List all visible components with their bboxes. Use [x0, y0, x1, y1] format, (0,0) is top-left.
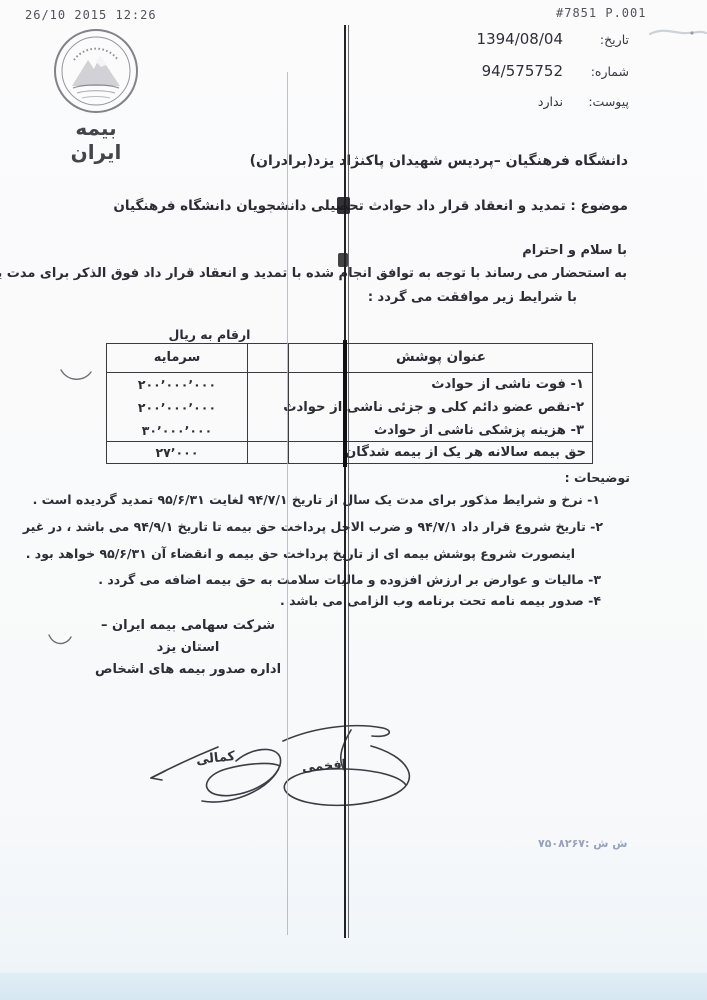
premium-row-label: حق بیمه سالانه هر یک از بیمه شدگان [288, 442, 594, 465]
table-unit-note: ارقام به ریال [152, 327, 267, 342]
coverage-cell-2: ۲-نقص عضو دائم کلی و جزئی ناشی از حوادث [288, 396, 584, 419]
note-item-2-line-1: ۲- تاریخ شروع قرار داد ۹۴/۷/۱ و ضرب الاج… [23, 519, 603, 534]
recipient-line: دانشگاه فرهنگیان –پردیس شهیدان پاکنژاد ی… [250, 153, 628, 169]
org-signature-block: شرکت سهامی بیمه ایران –استان یزد اداره ص… [90, 615, 286, 681]
subject-line: موضوع : تمدید و انعقاد قرار داد حوادث تح… [113, 198, 628, 214]
date-value: 1394/08/04 [477, 30, 563, 48]
logo-seal-icon [48, 26, 144, 118]
meta-attachment-row: پیوست: ندارد [477, 94, 629, 109]
premium-row-value: ۲۷٬۰۰۰ [107, 442, 247, 465]
coverage-column-header: عنوان پوشش [288, 344, 594, 372]
pen-mark-top [58, 364, 94, 386]
body-line-2: با شرایط زیر موافقت می گردد : [368, 290, 577, 305]
coverage-table: عنوان پوشش سرمایه ۱- فوت ناشی از حوادث ۲… [106, 343, 593, 464]
coverage-cells: ۱- فوت ناشی از حوادث ۲-نقص عضو دائم کلی … [288, 373, 594, 442]
fax-page-number: #7851 P.001 [556, 6, 646, 20]
iran-insurance-logo: بیمه ایران [48, 26, 144, 164]
logo-wordmark: بیمه ایران [48, 116, 144, 164]
greeting-line: با سلام و احترام [522, 243, 627, 258]
coverage-cell-3: ۳- هزینه پزشکی ناشی از حوادث [288, 419, 584, 442]
org-dept-line: اداره صدور بیمه های اشخاص [90, 659, 286, 681]
capital-cells: ۲۰۰٬۰۰۰٬۰۰۰ ۲۰۰٬۰۰۰٬۰۰۰ ۳۰٬۰۰۰٬۰۰۰ [107, 373, 247, 442]
notes-title: توضیحات : [565, 470, 630, 485]
note-item-4: ۴- صدور بیمه نامه تحت برنامه وب الزامی م… [280, 593, 601, 608]
table-vline-1 [247, 344, 248, 463]
attachment-label: پیوست: [577, 94, 629, 109]
capital-column-header: سرمایه [107, 344, 247, 372]
bottom-scan-band [0, 973, 707, 1000]
number-label: شماره: [577, 64, 629, 79]
capital-cell-2: ۲۰۰٬۰۰۰٬۰۰۰ [107, 396, 247, 419]
footer-reference: ش ش :۷۵۰۸۲۶۷ [538, 837, 627, 850]
date-label: تاریخ: [577, 32, 629, 47]
capital-cell-1: ۲۰۰٬۰۰۰٬۰۰۰ [107, 373, 247, 396]
corner-smudge-icon [648, 20, 707, 46]
letter-meta: تاریخ: 1394/08/04 شماره: 94/575752 پیوست… [477, 30, 629, 123]
note-item-2-line-2: اینصورت شروع پوشش بیمه ای از تاریخ پرداخ… [26, 546, 575, 561]
meta-date-row: تاریخ: 1394/08/04 [477, 30, 629, 48]
org-name-line: شرکت سهامی بیمه ایران –استان یزد [90, 615, 286, 659]
scan-blot-body [338, 253, 348, 267]
handwritten-signatures [120, 700, 450, 825]
note-item-1: ۱- نرخ و شرایط مذکور برای مدت یک سال از … [33, 492, 600, 507]
scan-line-table-segment [343, 340, 347, 467]
capital-cell-3: ۳۰٬۰۰۰٬۰۰۰ [107, 419, 247, 442]
scan-line-dark-secondary [348, 25, 349, 938]
scanned-letter-page: 26/10 2015 12:26 #7851 P.001 بیمه ایران … [0, 0, 707, 1000]
number-value: 94/575752 [482, 62, 563, 80]
scan-blot-subject [337, 197, 350, 214]
fax-timestamp: 26/10 2015 12:26 [25, 8, 157, 22]
signer-name-right: افخمی [302, 757, 347, 775]
scan-line-dark [344, 25, 346, 938]
coverage-cell-1: ۱- فوت ناشی از حوادث [288, 373, 584, 396]
note-item-3: ۳- مالیات و عوارض بر ارزش افزوده و مالیا… [98, 572, 601, 587]
body-line-1: به استحضار می رساند با توجه به توافق انج… [0, 266, 627, 281]
meta-number-row: شماره: 94/575752 [477, 62, 629, 80]
attachment-value: ندارد [538, 94, 563, 109]
pen-mark-mid [46, 630, 74, 650]
scan-line-thin [287, 72, 288, 935]
